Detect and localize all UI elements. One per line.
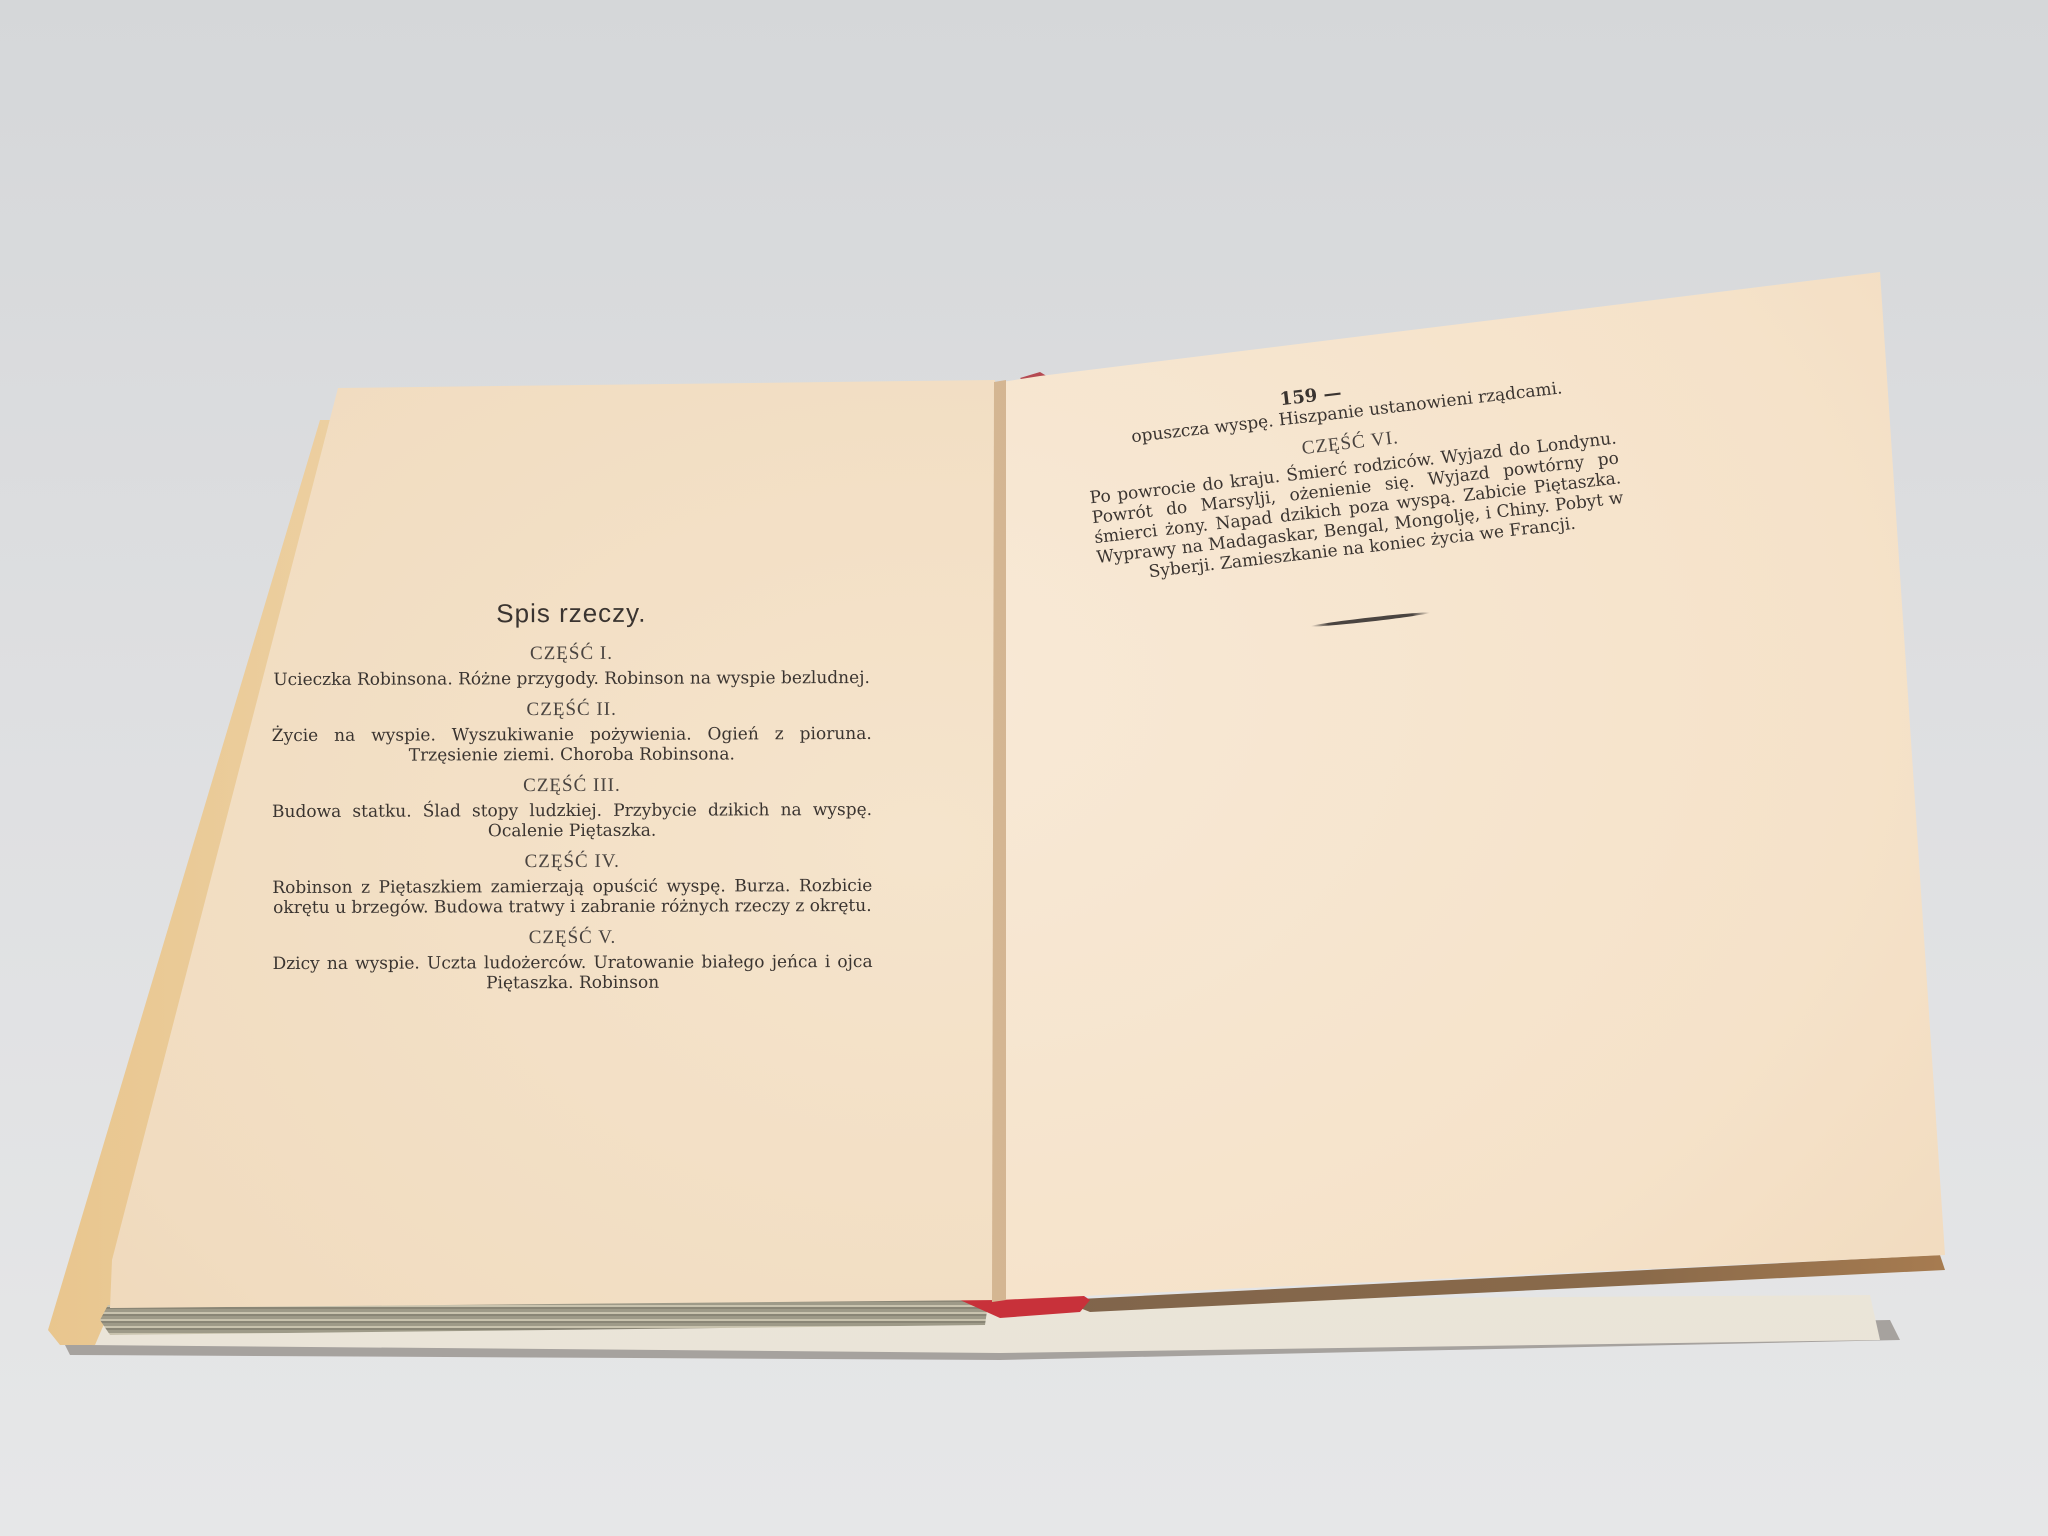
part-heading: CZĘŚĆ III. — [272, 774, 872, 798]
part-summary: Ucieczka Robinsona. Różne przygody. Robi… — [272, 668, 872, 690]
part-summary: Dzicy na wyspie. Uczta ludożerców. Urato… — [273, 952, 873, 994]
part-heading: CZĘŚĆ I. — [271, 642, 871, 666]
part-summary: Budowa statku. Ślad stopy ludzkiej. Przy… — [272, 800, 872, 842]
part-summary: Robinson z Piętaszkiem zamierzają opuści… — [272, 876, 872, 918]
part-heading: CZĘŚĆ IV. — [272, 850, 872, 874]
part-heading: CZĘŚĆ V. — [272, 926, 872, 950]
part-summary: Życie na wyspie. Wyszukiwanie pożywienia… — [272, 724, 872, 766]
part-heading: CZĘŚĆ II. — [272, 698, 872, 722]
page-title: Spis rzeczy. — [271, 597, 871, 630]
table-of-contents-left: Spis rzeczy. CZĘŚĆ I. Ucieczka Robinsona… — [271, 597, 872, 1004]
